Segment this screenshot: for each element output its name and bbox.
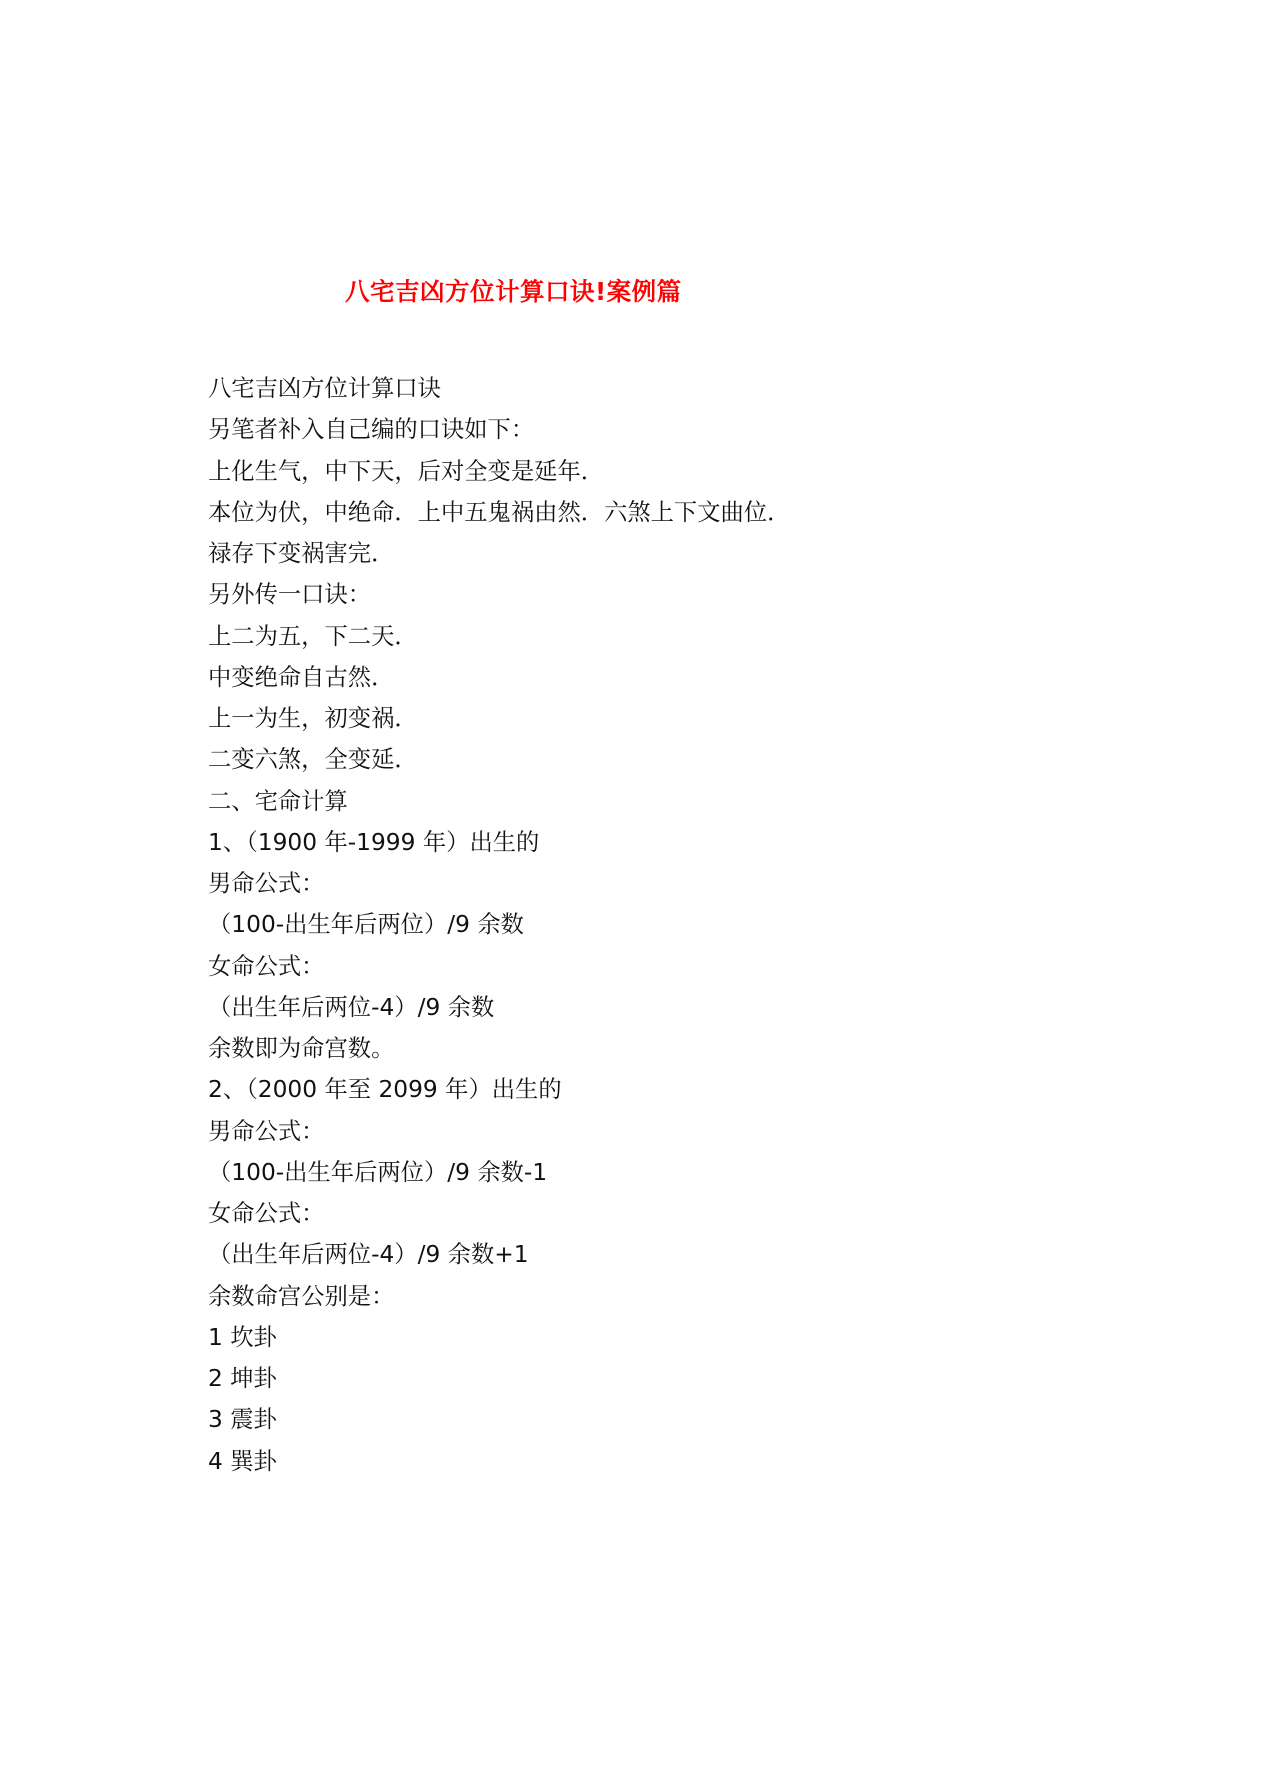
document-body: 八宅吉凶方位计算口诀 另笔者补入自己编的口诀如下： 上化生气，中下天，后对全变是…	[208, 368, 1108, 1482]
body-line: 上二为五，下二天．	[208, 616, 1108, 657]
body-line: 禄存下变祸害完．	[208, 533, 1108, 574]
body-line: 男命公式：	[208, 1111, 1108, 1152]
body-line: 本位为伏，中绝命．上中五鬼祸由然．六煞上下文曲位．	[208, 492, 1108, 533]
body-line: 女命公式：	[208, 1193, 1108, 1234]
body-line: 二变六煞，全变延．	[208, 739, 1108, 780]
body-line: 另笔者补入自己编的口诀如下：	[208, 409, 1108, 450]
list-item: 1 坎卦	[208, 1317, 1108, 1358]
list-item: 3 震卦	[208, 1399, 1108, 1440]
list-item: 4 巽卦	[208, 1441, 1108, 1482]
body-line: 八宅吉凶方位计算口诀	[208, 368, 1108, 409]
body-line: 2、（2000 年至 2099 年）出生的	[208, 1069, 1108, 1110]
body-line: 上化生气，中下天，后对全变是延年．	[208, 451, 1108, 492]
body-line: 1、（1900 年-1999 年）出生的	[208, 822, 1108, 863]
body-line: 余数即为命宫数。	[208, 1028, 1108, 1069]
formula-line: （出生年后两位-4）/9 余数+1	[208, 1234, 1108, 1275]
body-line: 中变绝命自古然．	[208, 657, 1108, 698]
document-title: 八宅吉凶方位计算口诀!案例篇	[345, 272, 682, 312]
formula-line: （100-出生年后两位）/9 余数-1	[208, 1152, 1108, 1193]
formula-line: （出生年后两位-4）/9 余数	[208, 987, 1108, 1028]
formula-line: （100-出生年后两位）/9 余数	[208, 904, 1108, 945]
body-line: 余数命宫公别是：	[208, 1276, 1108, 1317]
document-page: 八宅吉凶方位计算口诀!案例篇 八宅吉凶方位计算口诀 另笔者补入自己编的口诀如下：…	[0, 0, 1262, 1781]
list-item: 2 坤卦	[208, 1358, 1108, 1399]
body-line: 女命公式：	[208, 946, 1108, 987]
body-line: 另外传一口诀：	[208, 574, 1108, 615]
body-line: 上一为生，初变祸．	[208, 698, 1108, 739]
body-line: 男命公式：	[208, 863, 1108, 904]
section-heading: 二、宅命计算	[208, 781, 1108, 822]
